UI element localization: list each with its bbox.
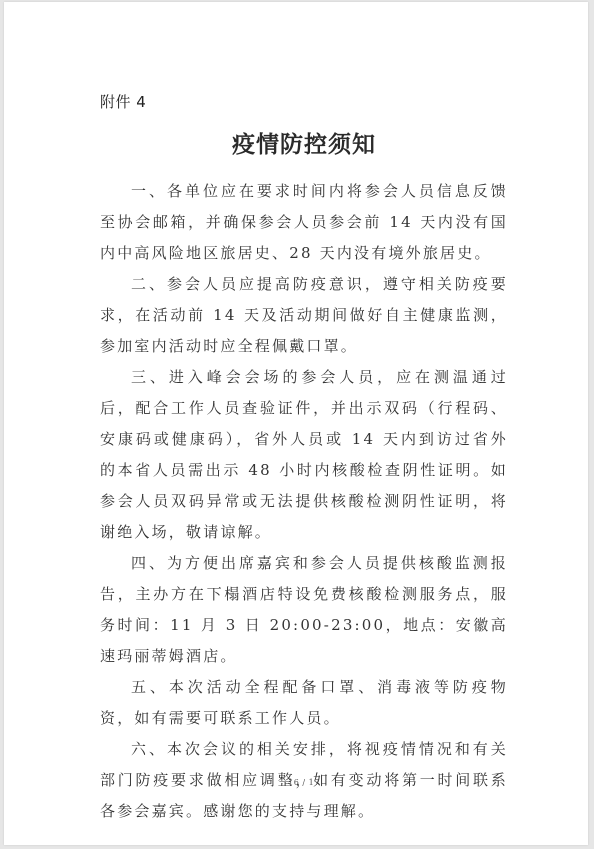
- attachment-label: 附件 4: [100, 91, 146, 112]
- page-number: 16 / 17: [4, 778, 594, 787]
- paragraph-2: 二、参会人员应提高防疫意识，遵守相关防疫要求，在活动前 14 天及活动期间做好自…: [100, 269, 508, 362]
- paragraph-5: 五、本次活动全程配备口罩、消毒液等防疫物资，如有需要可联系工作人员。: [100, 672, 508, 734]
- document-title: 疫情防控须知: [4, 126, 594, 159]
- paragraph-3: 三、进入峰会会场的参会人员，应在测温通过后，配合工作人员查验证件，并出示双码（行…: [100, 362, 508, 548]
- document-body: 一、各单位应在要求时间内将参会人员信息反馈至协会邮箱，并确保参会人员参会前 14…: [100, 176, 508, 827]
- paragraph-4: 四、为方便出席嘉宾和参会人员提供核酸监测报告，主办方在下榻酒店特设免费核酸检测服…: [100, 548, 508, 672]
- document-viewer: 附件 4 疫情防控须知 一、各单位应在要求时间内将参会人员信息反馈至协会邮箱，并…: [0, 0, 594, 849]
- document-page: 附件 4 疫情防控须知 一、各单位应在要求时间内将参会人员信息反馈至协会邮箱，并…: [4, 2, 588, 845]
- paragraph-1: 一、各单位应在要求时间内将参会人员信息反馈至协会邮箱，并确保参会人员参会前 14…: [100, 176, 508, 269]
